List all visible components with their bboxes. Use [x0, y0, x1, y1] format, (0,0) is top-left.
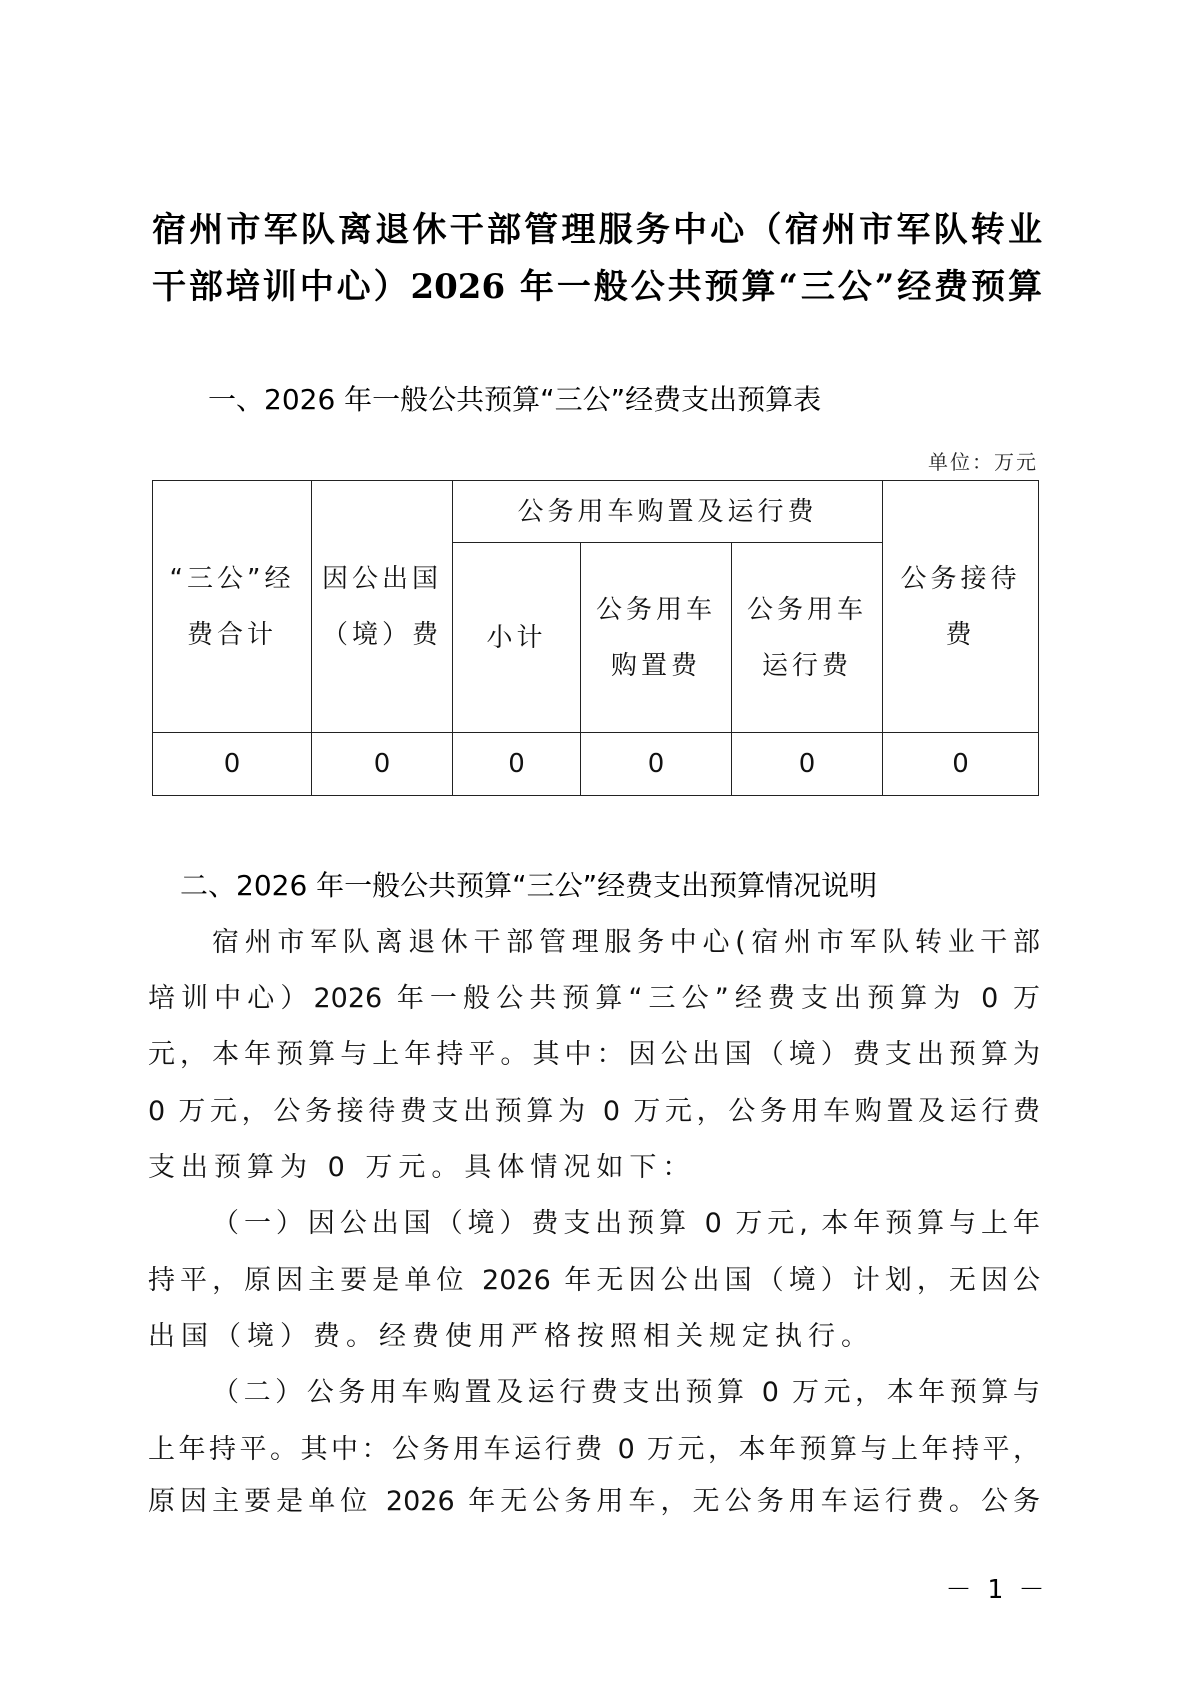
- document-title-line-1: 宿州市军队离退休干部管理服务中心（宿州市军队转业: [152, 208, 1042, 252]
- body-line: 元，本年预算与上年持平。其中：因公出国（境）费支出预算为: [148, 1035, 1040, 1075]
- body-line: 0 万元，公务接待费支出预算为 0 万元，公务用车购置及运行费: [148, 1092, 1040, 1132]
- document-title-line-2: 干部培训中心）2026 年一般公共预算“三公”经费预算: [152, 265, 1042, 309]
- cell-vehicle-purchase: 0: [581, 733, 732, 796]
- table-row: 0 0 0 0 0 0: [153, 733, 1039, 796]
- page-number: － 1 －: [940, 1572, 1050, 1608]
- section-2-heading: 二、2026 年一般公共预算“三公”经费支出预算情况说明: [180, 868, 877, 904]
- body-line: 支出预算为 0 万元。具体情况如下：: [148, 1148, 1040, 1188]
- header-overseas: 因公出国（境）费: [312, 481, 453, 733]
- section-1-heading: 一、2026 年一般公共预算“三公”经费支出预算表: [208, 382, 821, 418]
- body-line: 宿州市军队离退休干部管理服务中心(宿州市军队转业干部: [212, 923, 1040, 963]
- cell-reception: 0: [883, 733, 1039, 796]
- cell-total: 0: [153, 733, 312, 796]
- body-line: （二）公务用车购置及运行费支出预算 0 万元，本年预算与: [212, 1373, 1040, 1413]
- cell-vehicle-operation: 0: [732, 733, 883, 796]
- body-line: （一）因公出国（境）费支出预算 0 万元, 本年预算与上年: [212, 1204, 1040, 1244]
- header-reception: 公务接待费: [883, 481, 1039, 733]
- body-line: 原因主要是单位 2026 年无公务用车，无公务用车运行费。公务: [148, 1482, 1040, 1522]
- header-total: “三公”经费合计: [153, 481, 312, 733]
- body-line: 出国（境）费。经费使用严格按照相关规定执行。: [148, 1317, 1040, 1357]
- header-vehicle-operation: 公务用车运行费: [732, 543, 883, 733]
- cell-overseas: 0: [312, 733, 453, 796]
- header-vehicle-subtotal: 小计: [453, 543, 581, 733]
- cell-vehicle-subtotal: 0: [453, 733, 581, 796]
- three-public-expenses-table: “三公”经费合计 因公出国（境）费 公务用车购置及运行费 公务接待费 小计 公务…: [152, 480, 1039, 796]
- header-vehicle-purchase: 公务用车购置费: [581, 543, 732, 733]
- header-vehicle-group: 公务用车购置及运行费: [453, 481, 883, 543]
- body-line: 上年持平。其中：公务用车运行费 0 万元，本年预算与上年持平，: [148, 1430, 1040, 1470]
- unit-label: 单位：万元: [880, 448, 1038, 476]
- body-line: 持平，原因主要是单位 2026 年无因公出国（境）计划，无因公: [148, 1261, 1040, 1301]
- body-line: 培训中心）2026 年一般公共预算“三公”经费支出预算为 0 万: [148, 979, 1040, 1019]
